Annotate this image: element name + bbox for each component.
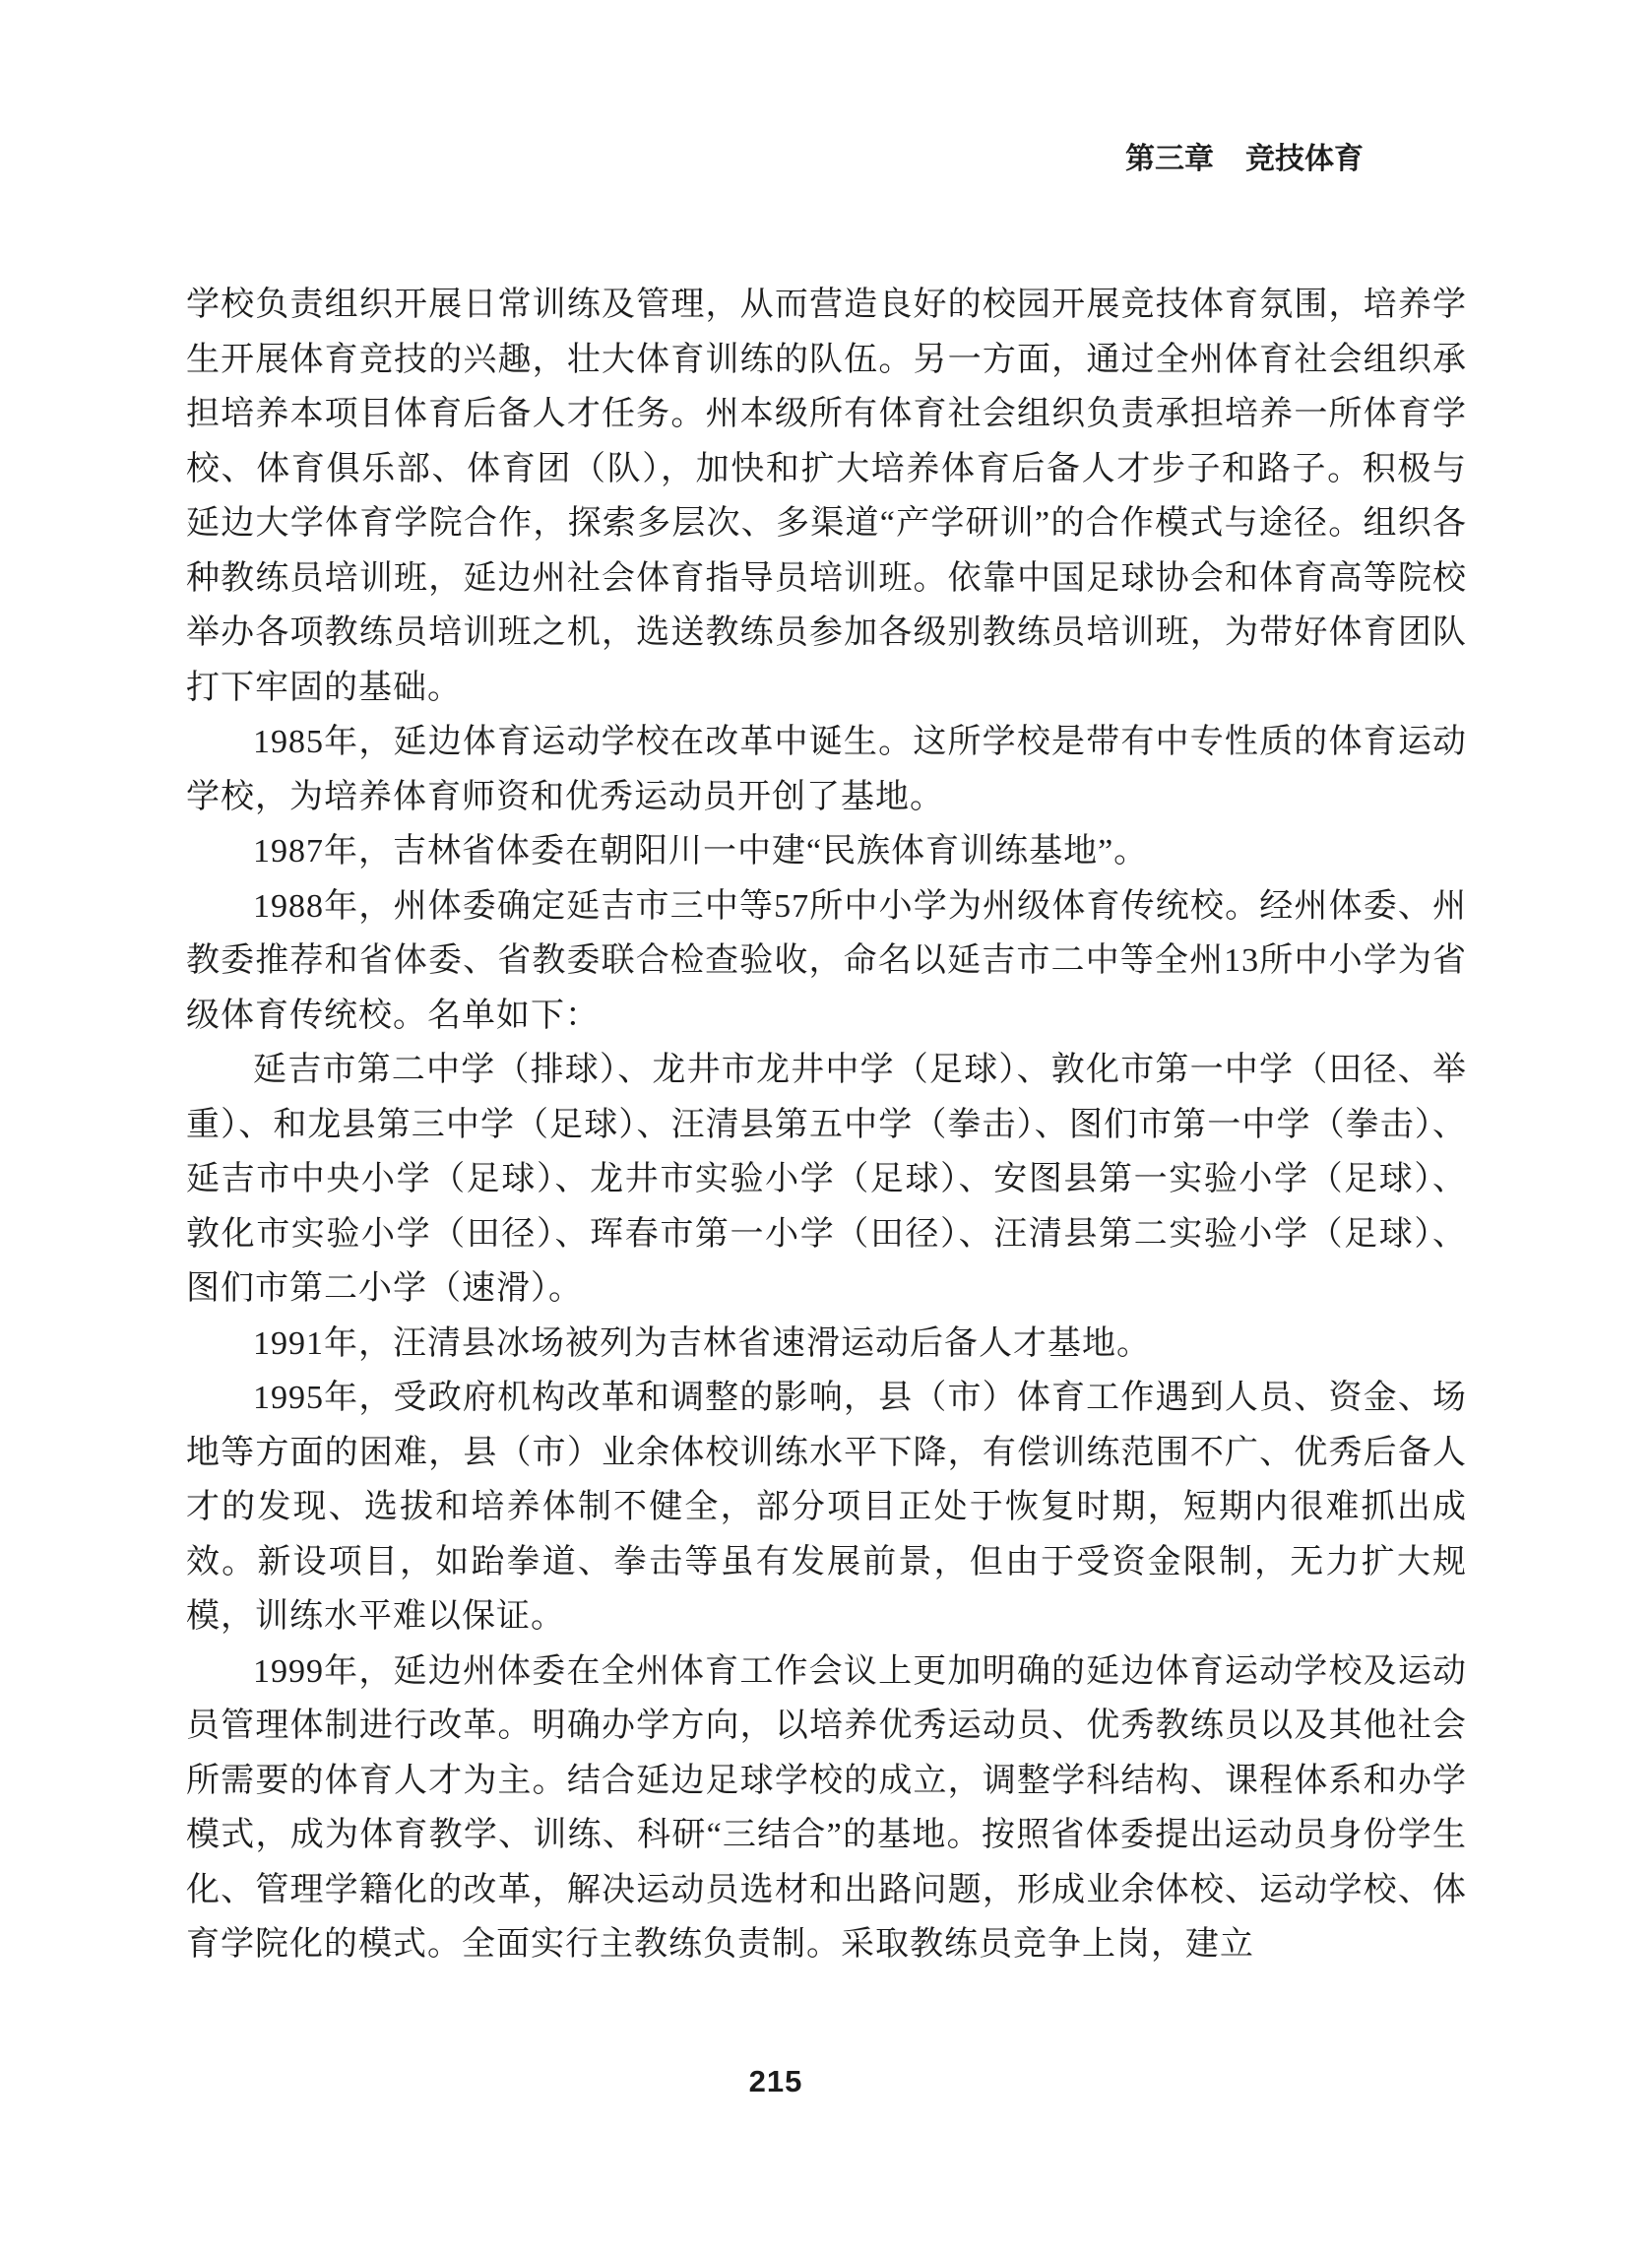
paragraph-continuation: 学校负责组织开展日常训练及管理，从而营造良好的校园开展竞技体育氛围，培养学生开展… <box>186 278 1467 715</box>
running-header: 第三章竞技体育 <box>1125 134 1364 177</box>
paragraph-1987: 1987年，吉林省体委在朝阳川一中建“民族体育训练基地”。 <box>186 824 1467 879</box>
page-number: 215 <box>0 2064 1552 2099</box>
paragraph-1991: 1991年，汪清县冰场被列为吉林省速滑运动后备人才基地。 <box>186 1317 1467 1372</box>
paragraph-school-list: 延吉市第二中学（排球）、龙井市龙井中学（足球）、敦化市第一中学（田径、举重）、和… <box>186 1043 1467 1317</box>
paragraph-1985: 1985年，延边体育运动学校在改革中诞生。这所学校是带有中专性质的体育运动学校，… <box>186 715 1467 824</box>
chapter-title: 竞技体育 <box>1245 143 1364 175</box>
paragraph-1999: 1999年，延边州体委在全州体育工作会议上更加明确的延边体育运动学校及运动员管理… <box>186 1644 1467 1972</box>
paragraph-1988: 1988年，州体委确定延吉市三中等57所中小学为州级体育传统校。经州体委、州教委… <box>186 879 1467 1044</box>
body-text: 学校负责组织开展日常训练及管理，从而营造良好的校园开展竞技体育氛围，培养学生开展… <box>186 278 1467 1972</box>
document-page: 第三章竞技体育 学校负责组织开展日常训练及管理，从而营造良好的校园开展竞技体育氛… <box>0 0 1652 2257</box>
chapter-label: 第三章 <box>1125 143 1214 175</box>
paragraph-1995: 1995年，受政府机构改革和调整的影响，县（市）体育工作遇到人员、资金、场地等方… <box>186 1371 1467 1644</box>
